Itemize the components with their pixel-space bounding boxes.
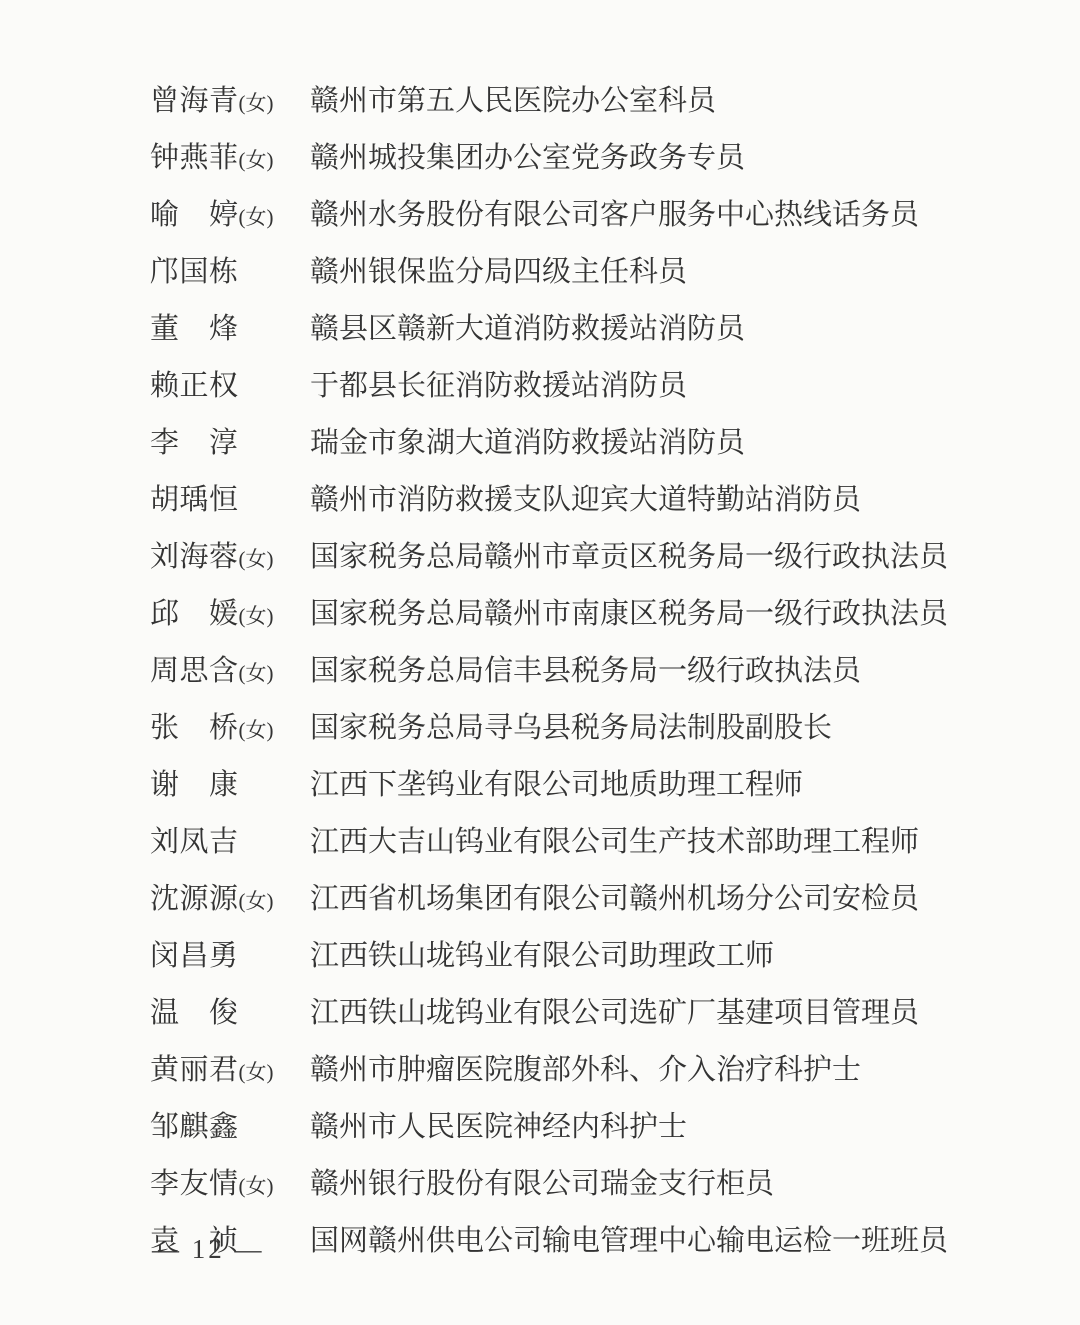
person-name-text: 邝国栋	[150, 256, 239, 288]
person-name: 温 俊	[150, 996, 310, 1032]
job-title: 赣州市第五人民医院办公室科员	[310, 84, 716, 118]
job-title: 赣县区赣新大道消防救援站消防员	[310, 312, 745, 346]
gender-label: (女)	[239, 604, 274, 628]
list-item: 刘凤吉 江西大吉山钨业有限公司生产技术部助理工程师	[150, 825, 1050, 861]
page-number: — 12 —	[152, 1234, 265, 1265]
person-name-text: 闵昌勇	[150, 940, 239, 972]
job-title: 国家税务总局信丰县税务局一级行政执法员	[310, 654, 861, 688]
gender-label: (女)	[239, 547, 274, 571]
list-item: 李 淳 瑞金市象湖大道消防救援站消防员	[150, 426, 1050, 462]
person-name-text: 邱 媛	[150, 598, 239, 630]
list-item: 李友情(女) 赣州银行股份有限公司瑞金支行柜员	[150, 1167, 1050, 1203]
person-name: 赖正权	[150, 369, 310, 405]
list-item: 曾海青(女) 赣州市第五人民医院办公室科员	[150, 84, 1050, 120]
person-name: 周思含(女)	[150, 654, 310, 690]
person-name-text: 李友情	[150, 1168, 239, 1200]
list-item: 赖正权 于都县长征消防救援站消防员	[150, 369, 1050, 405]
person-name: 董 烽	[150, 312, 310, 348]
job-title: 国家税务总局赣州市南康区税务局一级行政执法员	[310, 597, 948, 631]
gender-label: (女)	[239, 889, 274, 913]
list-item: 闵昌勇 江西铁山垅钨业有限公司助理政工师	[150, 939, 1050, 975]
person-name: 黄丽君(女)	[150, 1053, 310, 1089]
job-title: 赣州银保监分局四级主任科员	[310, 255, 687, 289]
job-title: 国家税务总局寻乌县税务局法制股副股长	[310, 711, 832, 745]
list-item: 张 桥(女) 国家税务总局寻乌县税务局法制股副股长	[150, 711, 1050, 747]
job-title: 江西省机场集团有限公司赣州机场分公司安检员	[310, 882, 919, 916]
person-name-text: 温 俊	[150, 997, 239, 1029]
list-item: 刘海蓉(女) 国家税务总局赣州市章贡区税务局一级行政执法员	[150, 540, 1050, 576]
job-title: 于都县长征消防救援站消防员	[310, 369, 687, 403]
list-item: 邹麒鑫 赣州市人民医院神经内科护士	[150, 1110, 1050, 1146]
person-name-text: 刘海蓉	[150, 541, 239, 573]
person-name-text: 邹麒鑫	[150, 1111, 239, 1143]
person-name-text: 谢 康	[150, 769, 239, 801]
list-item: 邱 媛(女) 国家税务总局赣州市南康区税务局一级行政执法员	[150, 597, 1050, 633]
list-item: 沈源源(女) 江西省机场集团有限公司赣州机场分公司安检员	[150, 882, 1050, 918]
job-title: 赣州银行股份有限公司瑞金支行柜员	[310, 1167, 774, 1201]
job-title: 赣州市消防救援支队迎宾大道特勤站消防员	[310, 483, 861, 517]
job-title: 江西下垄钨业有限公司地质助理工程师	[310, 768, 803, 802]
person-name-text: 周思含	[150, 655, 239, 687]
list-item: 黄丽君(女) 赣州市肿瘤医院腹部外科、介入治疗科护士	[150, 1053, 1050, 1089]
person-name-text: 曾海青	[150, 85, 239, 117]
list-item: 董 烽 赣县区赣新大道消防救援站消防员	[150, 312, 1050, 348]
gender-label: (女)	[239, 718, 274, 742]
person-name-text: 黄丽君	[150, 1054, 239, 1086]
person-name: 沈源源(女)	[150, 882, 310, 918]
job-title: 赣州市肿瘤医院腹部外科、介入治疗科护士	[310, 1053, 861, 1087]
honor-list: 曾海青(女) 赣州市第五人民医院办公室科员 钟燕菲(女) 赣州城投集团办公室党务…	[150, 84, 1050, 1281]
job-title: 赣州水务股份有限公司客户服务中心热线话务员	[310, 198, 919, 232]
person-name-text: 李 淳	[150, 427, 239, 459]
person-name: 刘凤吉	[150, 825, 310, 861]
person-name: 刘海蓉(女)	[150, 540, 310, 576]
job-title: 赣州城投集团办公室党务政务专员	[310, 141, 745, 175]
person-name-text: 喻 婷	[150, 199, 239, 231]
job-title: 江西铁山垅钨业有限公司选矿厂基建项目管理员	[310, 996, 919, 1030]
list-item: 钟燕菲(女) 赣州城投集团办公室党务政务专员	[150, 141, 1050, 177]
person-name: 胡瑀恒	[150, 483, 310, 519]
job-title: 江西大吉山钨业有限公司生产技术部助理工程师	[310, 825, 919, 859]
person-name: 李 淳	[150, 426, 310, 462]
list-item: 谢 康 江西下垄钨业有限公司地质助理工程师	[150, 768, 1050, 804]
person-name: 谢 康	[150, 768, 310, 804]
gender-label: (女)	[239, 661, 274, 685]
gender-label: (女)	[239, 1060, 274, 1084]
person-name-text: 刘凤吉	[150, 826, 239, 858]
list-item: 喻 婷(女) 赣州水务股份有限公司客户服务中心热线话务员	[150, 198, 1050, 234]
person-name-text: 张 桥	[150, 712, 239, 744]
job-title: 江西铁山垅钨业有限公司助理政工师	[310, 939, 774, 973]
job-title: 瑞金市象湖大道消防救援站消防员	[310, 426, 745, 460]
job-title: 国家税务总局赣州市章贡区税务局一级行政执法员	[310, 540, 948, 574]
gender-label: (女)	[239, 148, 274, 172]
person-name: 邝国栋	[150, 255, 310, 291]
list-item: 温 俊 江西铁山垅钨业有限公司选矿厂基建项目管理员	[150, 996, 1050, 1032]
gender-label: (女)	[239, 91, 274, 115]
list-item: 邝国栋 赣州银保监分局四级主任科员	[150, 255, 1050, 291]
person-name: 张 桥(女)	[150, 711, 310, 747]
person-name-text: 沈源源	[150, 883, 239, 915]
person-name: 邹麒鑫	[150, 1110, 310, 1146]
person-name-text: 董 烽	[150, 313, 239, 345]
person-name-text: 赖正权	[150, 370, 239, 402]
list-item: 胡瑀恒 赣州市消防救援支队迎宾大道特勤站消防员	[150, 483, 1050, 519]
person-name: 闵昌勇	[150, 939, 310, 975]
gender-label: (女)	[239, 205, 274, 229]
person-name: 曾海青(女)	[150, 84, 310, 120]
gender-label: (女)	[239, 1174, 274, 1198]
person-name: 喻 婷(女)	[150, 198, 310, 234]
person-name: 李友情(女)	[150, 1167, 310, 1203]
person-name: 钟燕菲(女)	[150, 141, 310, 177]
job-title: 赣州市人民医院神经内科护士	[310, 1110, 687, 1144]
list-item: 周思含(女) 国家税务总局信丰县税务局一级行政执法员	[150, 654, 1050, 690]
person-name: 邱 媛(女)	[150, 597, 310, 633]
person-name-text: 胡瑀恒	[150, 484, 239, 516]
document-page: 曾海青(女) 赣州市第五人民医院办公室科员 钟燕菲(女) 赣州城投集团办公室党务…	[0, 0, 1080, 1325]
job-title: 国网赣州供电公司输电管理中心输电运检一班班员	[310, 1224, 948, 1258]
person-name-text: 钟燕菲	[150, 142, 239, 174]
list-item: 袁 祯 国网赣州供电公司输电管理中心输电运检一班班员	[150, 1224, 1050, 1260]
